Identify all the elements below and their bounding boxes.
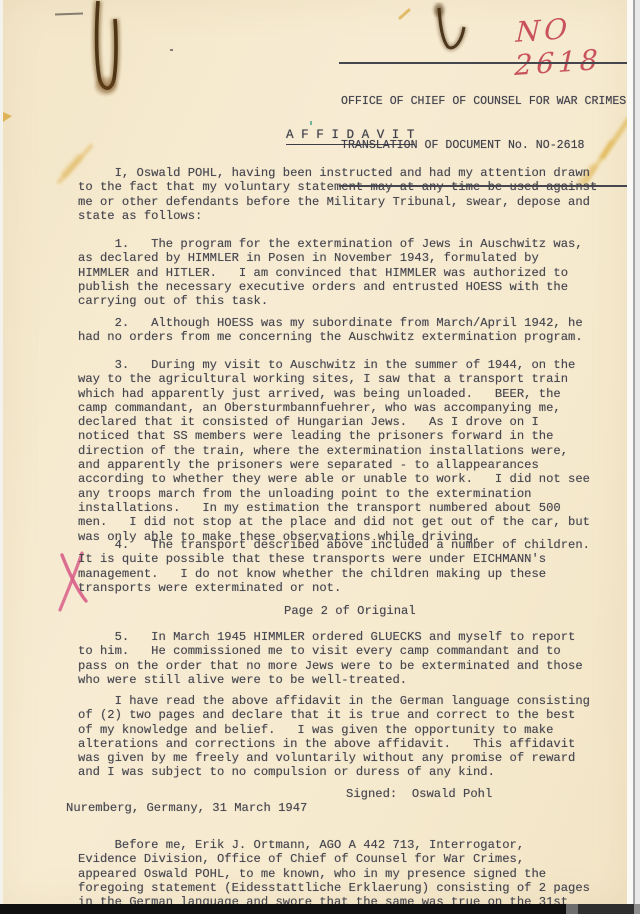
document-title: A F F I D A V I T xyxy=(286,128,414,145)
intro-paragraph: I, Oswald POHL, having been instructed a… xyxy=(78,166,597,223)
scanned-page: NO 2618 OFFICE OF CHIEF OF COUNSEL FOR W… xyxy=(0,0,640,914)
scan-bottom-bar-segment xyxy=(634,904,640,914)
paperclip-rust-stain-left-icon xyxy=(81,0,133,108)
scan-bottom-bar xyxy=(0,904,640,914)
yellow-fleck-icon xyxy=(398,8,412,20)
green-speck xyxy=(310,121,312,125)
scan-bottom-bar-segment xyxy=(578,904,634,914)
attestation-paragraph: Before me, Erik J. Ortmann, AGO A 442 71… xyxy=(78,838,590,909)
scan-bottom-bar-segment xyxy=(566,904,578,914)
scan-right-background xyxy=(635,0,640,904)
signed-line: Signed: Oswald Pohl xyxy=(346,787,492,801)
place-date-line: Nuremberg, Germany, 31 March 1947 xyxy=(66,801,307,815)
paragraph-2: 2. Although HOESS was my subordinate fro… xyxy=(78,316,583,345)
dark-speck xyxy=(170,49,173,51)
paragraph-3: 3. During my visit to Auschwitz in the s… xyxy=(78,358,590,544)
paragraph-1: 1. The program for the extermination of … xyxy=(78,237,583,308)
paragraph-5: 5. In March 1945 HIMMLER ordered GLUECKS… xyxy=(78,630,583,687)
paper: NO 2618 OFFICE OF CHIEF OF COUNSEL FOR W… xyxy=(3,0,627,904)
page-2-marker: Page 2 of Original xyxy=(284,604,416,618)
header-office-line: OFFICE OF CHIEF OF COUNSEL FOR WAR CRIME… xyxy=(341,95,629,110)
dark-speck xyxy=(55,13,83,16)
yellow-edge-notch-icon xyxy=(3,110,13,124)
scan-left-edge xyxy=(0,0,3,904)
paragraph-4: 4. The transport described above include… xyxy=(78,538,590,595)
paperclip-rust-stain-center-icon xyxy=(427,2,475,62)
closing-paragraph: I have read the above affidavit in the G… xyxy=(78,694,590,780)
